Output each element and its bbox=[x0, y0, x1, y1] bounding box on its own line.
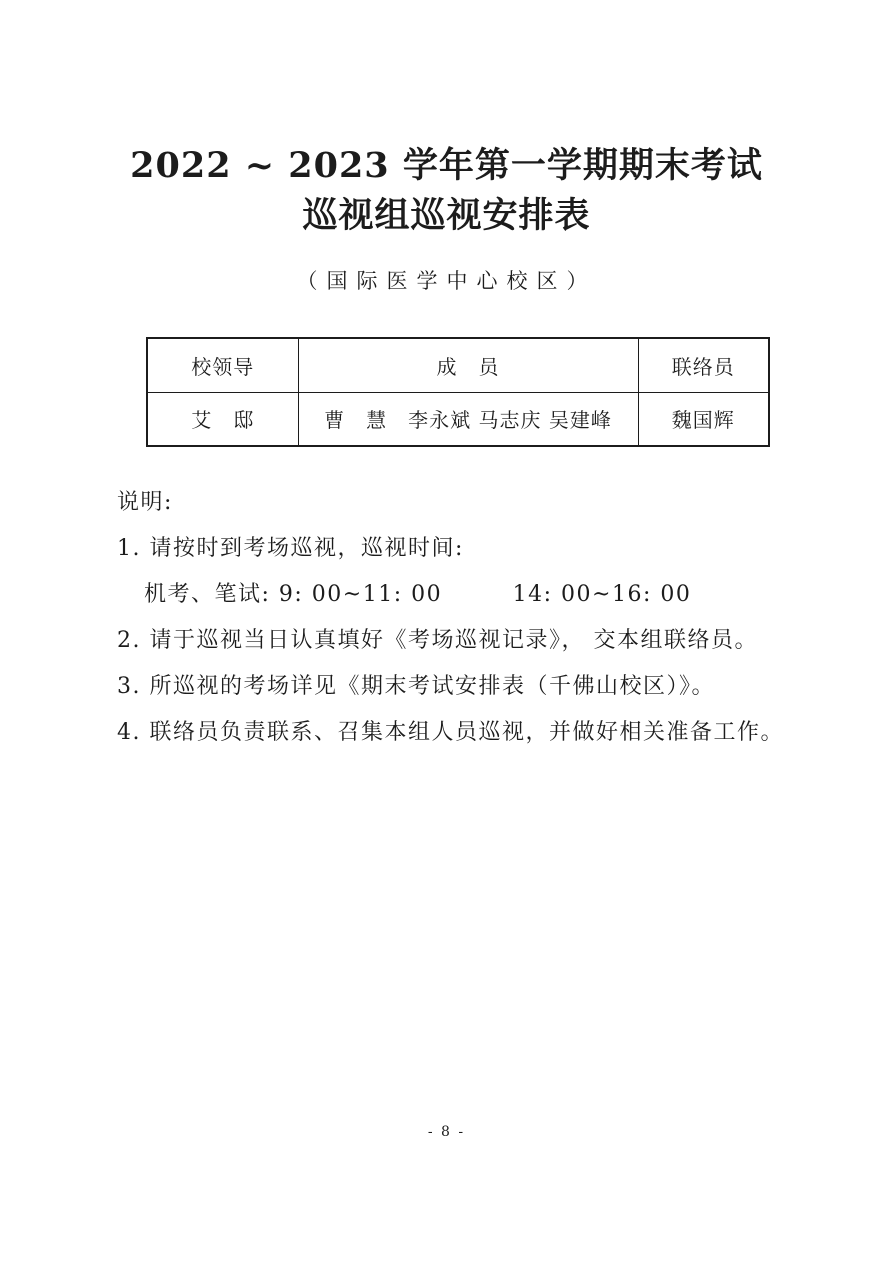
header-cell-members: 成 员 bbox=[298, 338, 638, 392]
note-item-3: 3. 所巡视的考场详见《期末考试安排表（千佛山校区）》。 bbox=[117, 664, 807, 710]
table-header-row: 校领导 成 员 联络员 bbox=[147, 338, 769, 392]
inspection-table: 校领导 成 员 联络员 艾 邸 曹 慧 李永斌 马志庆 吴建峰 魏国辉 bbox=[146, 337, 770, 447]
page-number: - 8 - bbox=[0, 1124, 893, 1140]
cell-liaison: 魏国辉 bbox=[638, 392, 769, 446]
table-row: 艾 邸 曹 慧 李永斌 马志庆 吴建峰 魏国辉 bbox=[147, 392, 769, 446]
note-item-4: 4. 联络员负责联系、召集本组人员巡视，并做好相关准备工作。 bbox=[117, 710, 807, 756]
title-line-2: 巡视组巡视安排表 bbox=[0, 191, 893, 241]
header-cell-liaison: 联络员 bbox=[638, 338, 769, 392]
document-title: 2022 ~ 2023 学年第一学期期末考试 巡视组巡视安排表 bbox=[0, 141, 893, 241]
note-item-2: 2. 请于巡视当日认真填好《考场巡视记录》， 交本组联络员。 bbox=[117, 618, 807, 664]
cell-members: 曹 慧 李永斌 马志庆 吴建峰 bbox=[298, 392, 638, 446]
title-line-1: 2022 ~ 2023 学年第一学期期末考试 bbox=[0, 141, 893, 191]
cell-school-leader: 艾 邸 bbox=[147, 392, 298, 446]
note-item-1: 1. 请按时到考场巡视，巡视时间: bbox=[117, 526, 807, 572]
campus-subtitle: （国际医学中心校区） bbox=[0, 265, 893, 295]
note-item-1-times: 机考、笔试: 9: 00~11: 00 14: 00~16: 00 bbox=[117, 572, 807, 618]
notes-heading: 说明: bbox=[117, 480, 807, 526]
document-page: 2022 ~ 2023 学年第一学期期末考试 巡视组巡视安排表 （国际医学中心校… bbox=[0, 0, 893, 1263]
header-cell-school-leader: 校领导 bbox=[147, 338, 298, 392]
notes-section: 说明: 1. 请按时到考场巡视，巡视时间: 机考、笔试: 9: 00~11: 0… bbox=[117, 480, 807, 756]
